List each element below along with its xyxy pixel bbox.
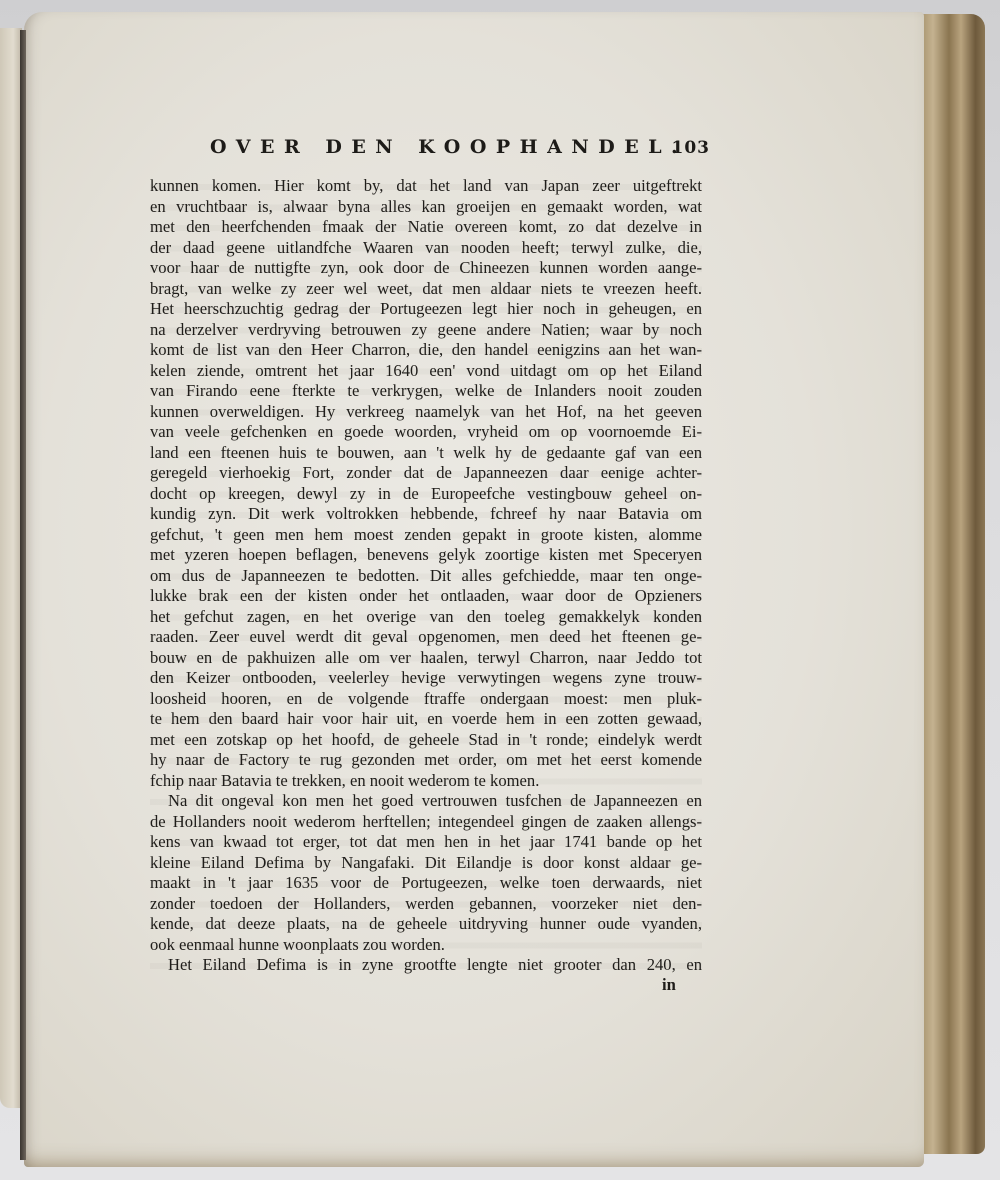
- text-line: fchip naar Batavia te trekken, en nooit …: [150, 771, 702, 792]
- text-line: komt de list van den Heer Charron, die, …: [150, 340, 702, 361]
- text-line: kleine Eiland Defima by Nangafaki. Dit E…: [150, 853, 702, 874]
- text-line: loosheid hooren, en de volgende ftraffe …: [150, 689, 702, 710]
- text-line: Het heerschzuchtig gedrag der Portugeeze…: [150, 299, 702, 320]
- text-line: kens van kwaad tot erger, tot dat men he…: [150, 832, 702, 853]
- text-line: kende, dat deeze plaats, na de geheele u…: [150, 914, 702, 935]
- text-line: voor haar de nuttigfte zyn, ook door de …: [150, 258, 702, 279]
- text-line: ook eenmaal hunne woonplaats zou worden.: [150, 935, 702, 956]
- body-text: kunnen komen. Hier komt by, dat het land…: [150, 176, 702, 976]
- text-line: lukke brak een der kisten onder het ontl…: [150, 586, 702, 607]
- text-line: te hem den baard hair voor hair uit, en …: [150, 709, 702, 730]
- text-line: en vruchtbaar is, alwaar byna alles kan …: [150, 197, 702, 218]
- text-line: docht op kreegen, dewyl zy in de Europee…: [150, 484, 702, 505]
- text-line: na derzelver verdryving betrouwen zy gee…: [150, 320, 702, 341]
- text-line: van Firando eene fterkte te verkrygen, w…: [150, 381, 702, 402]
- text-line: kelen ziende, omtrent het jaar 1640 een'…: [150, 361, 702, 382]
- text-line: met een zotskap op het hoofd, de geheele…: [150, 730, 702, 751]
- text-line: kunnen komen. Hier komt by, dat het land…: [150, 176, 702, 197]
- text-line: kundig zyn. Dit werk voltrokken hebbende…: [150, 504, 702, 525]
- text-line: maakt in 't jaar 1635 voor de Portugeeze…: [150, 873, 702, 894]
- text-line: om dus de Japanneezen te bedotten. Dit a…: [150, 566, 702, 587]
- page-number: 103: [672, 138, 711, 158]
- text-line: raaden. Zeer euvel werdt dit geval opgen…: [150, 627, 702, 648]
- text-line: gefchut, 't geen men hem moest zenden ge…: [150, 525, 702, 546]
- text-line: het gefchut zagen, en het overige van de…: [150, 607, 702, 628]
- text-line: de Hollanders nooit wederom herftellen; …: [150, 812, 702, 833]
- text-line: geregeld vierhoekig Fort, zonder dat de …: [150, 463, 702, 484]
- text-line: van veele gefchenken en goede woorden, v…: [150, 422, 702, 443]
- text-line: der daad geene uitlandfche Waaren van no…: [150, 238, 702, 259]
- text-line: met den heerfchenden fmaak der Natie ove…: [150, 217, 702, 238]
- running-title: OVER DEN KOOPHANDEL.: [210, 136, 687, 158]
- text-line: den Keizer ontbooden, veelerley hevige v…: [150, 668, 702, 689]
- text-line: kunnen overweldigen. Hy verkreeg naamely…: [150, 402, 702, 423]
- catchword: in: [662, 975, 676, 995]
- text-line: bouw en de pakhuizen alle om ver haalen,…: [150, 648, 702, 669]
- book-gutter: [20, 30, 26, 1160]
- text-line: Na dit ongeval kon men het goed vertrouw…: [150, 791, 702, 812]
- text-line: zonder toedoen der Hollanders, werden ge…: [150, 894, 702, 915]
- text-line: met yzeren hoepen beflagen, benevens gel…: [150, 545, 702, 566]
- text-line: Het Eiland Defima is in zyne grootfte le…: [150, 955, 702, 976]
- text-line: bragt, van welke zy zeer wel weet, dat m…: [150, 279, 702, 300]
- facing-page-edge: [0, 28, 22, 1108]
- running-head: OVER DEN KOOPHANDEL. 103: [210, 136, 710, 162]
- text-line: hy naar de Factory te rug gezonden met o…: [150, 750, 702, 771]
- text-line: land een fteenen huis te bouwen, aan 't …: [150, 443, 702, 464]
